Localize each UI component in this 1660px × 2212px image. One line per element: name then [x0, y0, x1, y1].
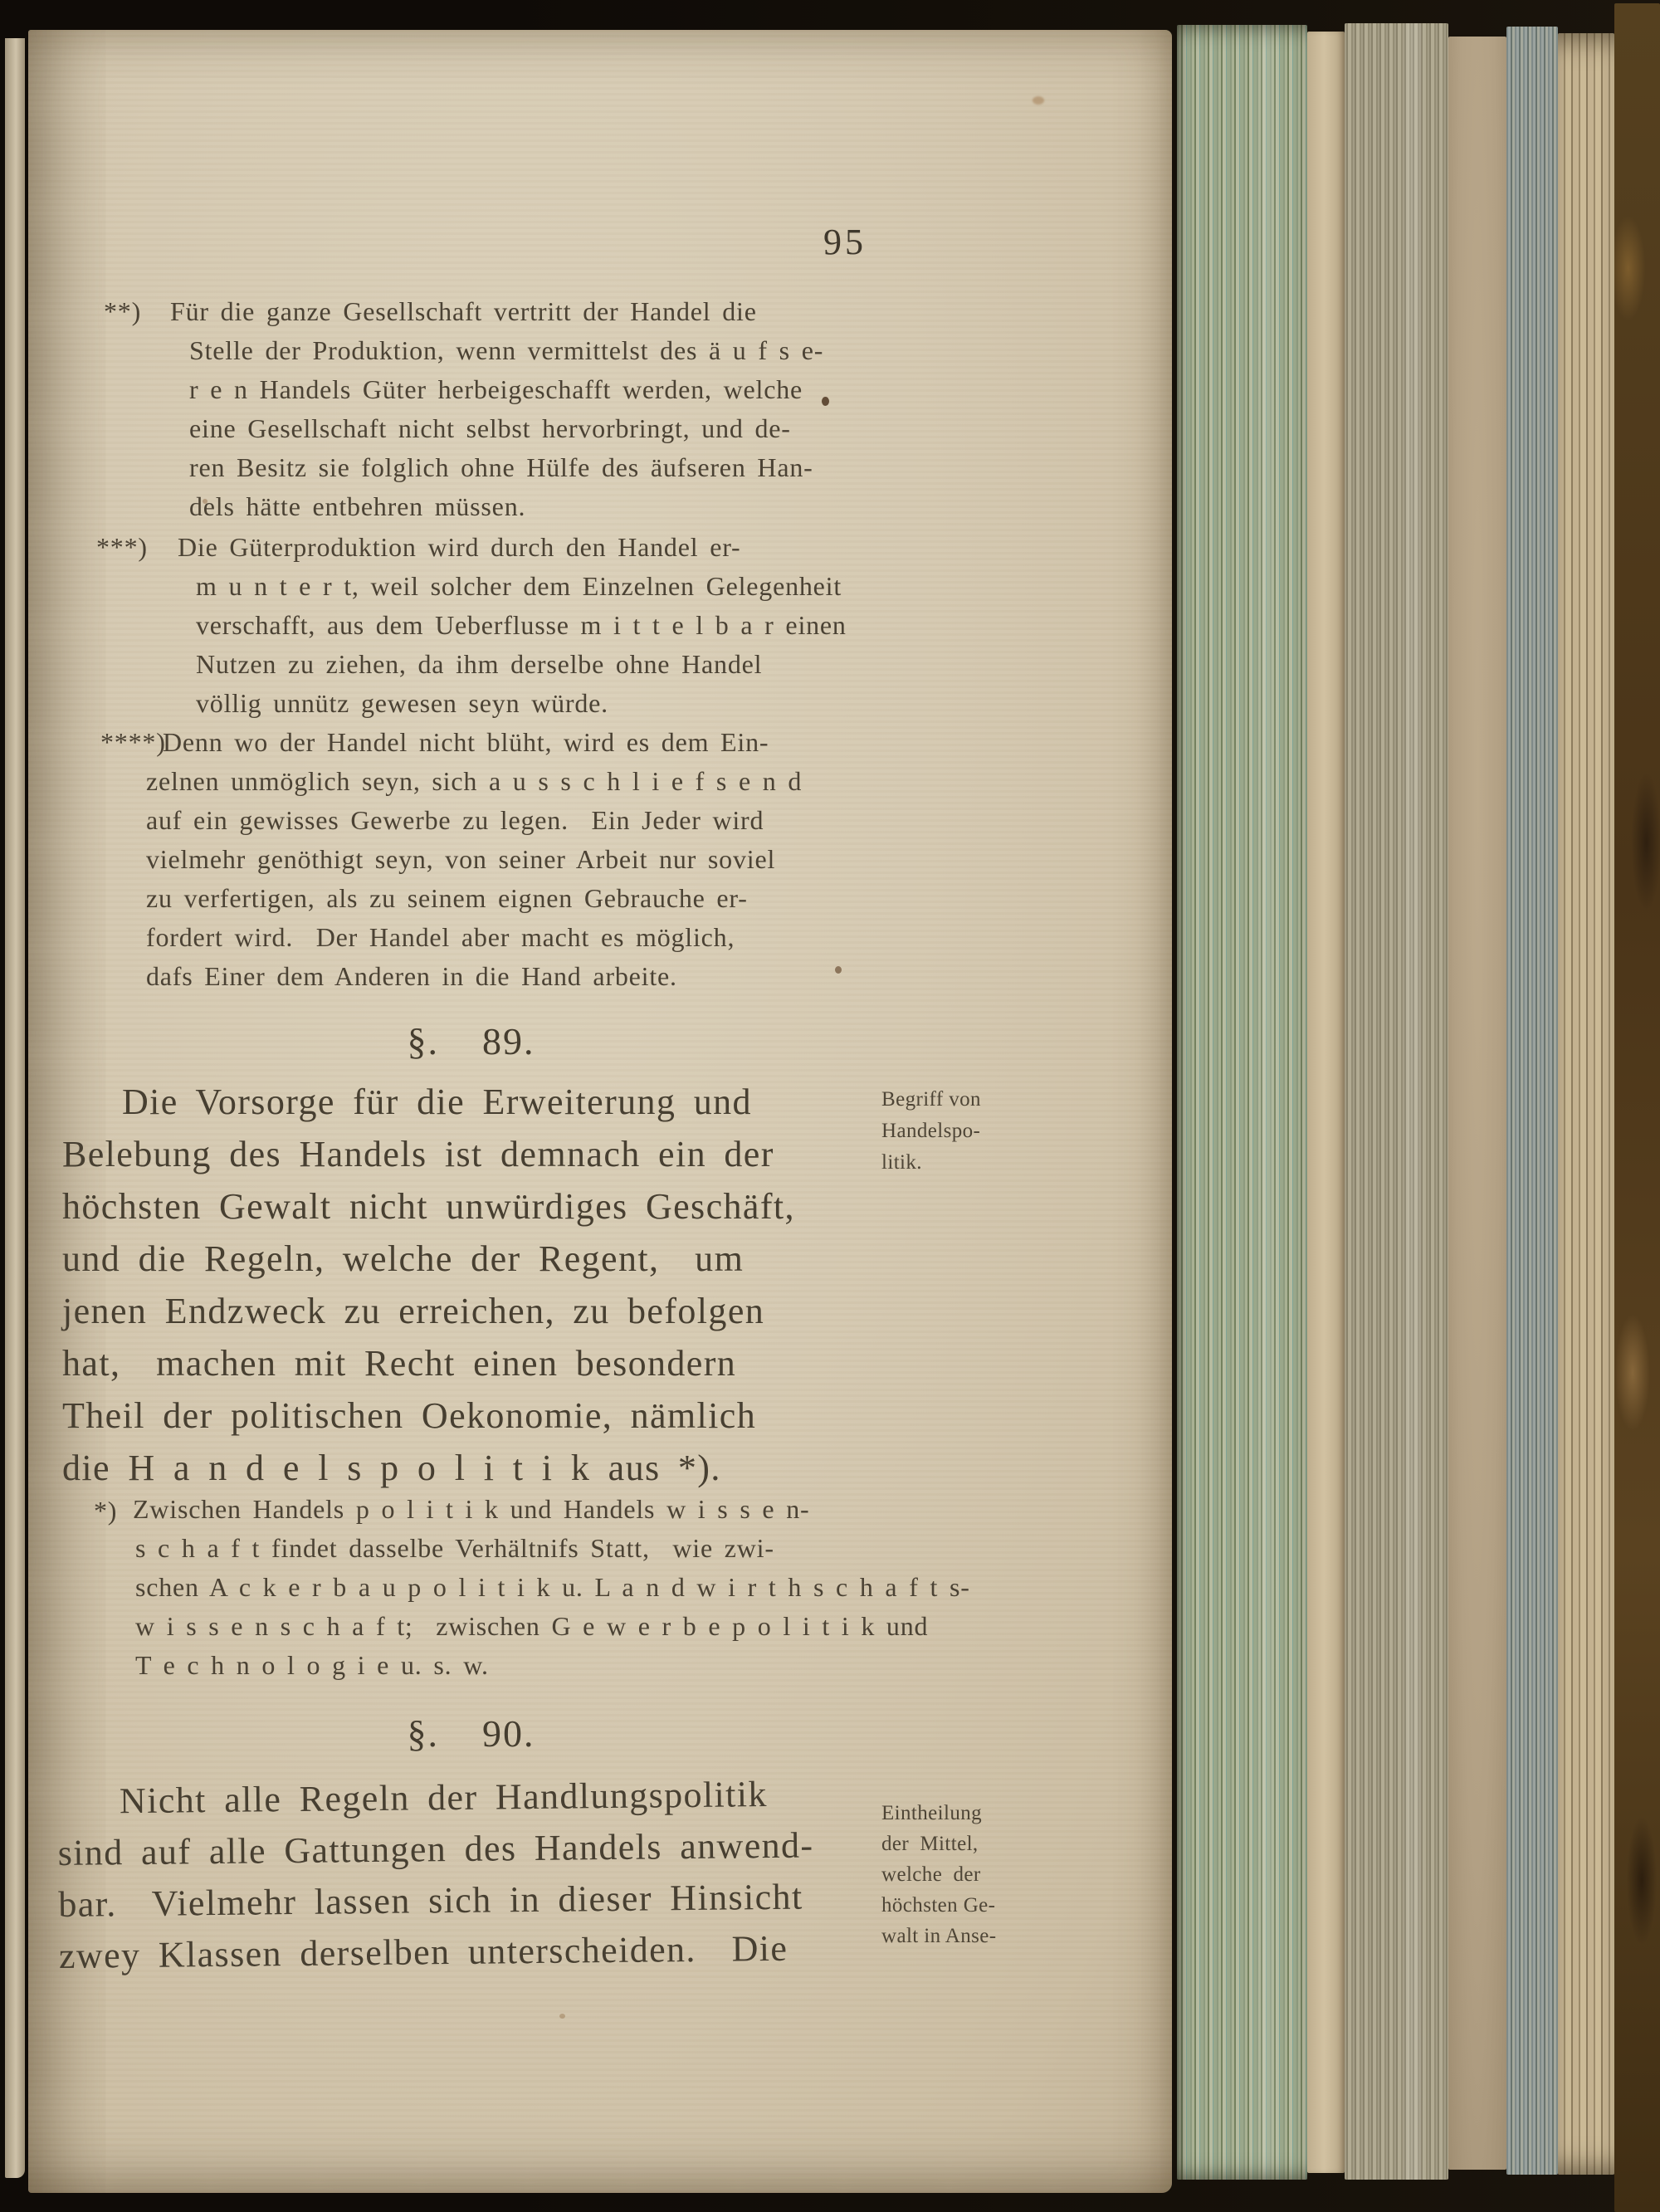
- page-number: 95: [823, 221, 867, 263]
- text-line: Belebung des Handels ist demnach ein der: [62, 1128, 795, 1180]
- text-line: hat, machen mit Recht einen besondern: [62, 1337, 795, 1389]
- text-line: T e c h n o l o g i e u. s. w.: [135, 1646, 970, 1685]
- text-line: Begriff von: [881, 1084, 981, 1116]
- fore-edge-green-leaves: [1177, 25, 1307, 2180]
- paragraph: Nicht alle Regeln der Handlungspolitiksi…: [57, 1768, 815, 1982]
- text-line: zwey Klassen derselben unterscheiden. Di…: [59, 1922, 815, 1982]
- paper-speck: [559, 2014, 565, 2019]
- text-line: verschafft, aus dem Ueberflusse m i t t …: [196, 606, 847, 645]
- text-line: Für die ganze Gesellschaft vertritt der …: [170, 292, 823, 331]
- text-line: Nicht alle Regeln der Handlungspolitik: [120, 1768, 813, 1827]
- text-line: r e n Handels Güter herbeigeschafft werd…: [189, 370, 823, 409]
- text-line: höchsten Gewalt nicht unwürdiges Geschäf…: [62, 1180, 795, 1233]
- fore-edge-cracked-band: [1558, 33, 1614, 2175]
- footnote-block: ***) Die Güterproduktion wird durch den …: [196, 528, 847, 723]
- text-line: s c h a f t findet dasselbe Verhältnifs …: [135, 1529, 970, 1568]
- text-line: die H a n d e l s p o l i t i k aus *).: [62, 1442, 795, 1494]
- text-line: welche der: [881, 1859, 997, 1890]
- text-line: eine Gesellschaft nicht selbst hervorbri…: [189, 409, 823, 448]
- text-line: jenen Endzweck zu erreichen, zu befolgen: [62, 1285, 795, 1337]
- fore-edge-gray-leaves: [1345, 23, 1448, 2180]
- section-mark: §.: [408, 1019, 440, 1063]
- text-line: völlig unnütz gewesen seyn würde.: [196, 684, 847, 723]
- footnote-block: **) Für die ganze Gesellschaft vertritt …: [189, 292, 823, 526]
- text-line: sind auf alle Gattungen des Handels anwe…: [57, 1819, 813, 1879]
- section-number: 90.: [482, 1711, 535, 1755]
- footnote-marker: *): [94, 1492, 117, 1531]
- section-number: 89.: [482, 1019, 535, 1063]
- fore-edge-smooth-band: [1448, 37, 1506, 2170]
- text-line: w i s s e n s c h a f t; zwischen G e w …: [135, 1607, 970, 1646]
- text-line: dels hätte entbehren müssen.: [189, 487, 823, 526]
- text-line: zu verfertigen, als zu seinem eignen Geb…: [146, 879, 802, 918]
- fore-edge-blue-gray-leaves: [1506, 27, 1558, 2175]
- text-line: Nutzen zu ziehen, da ihm derselbe ohne H…: [196, 645, 847, 684]
- text-line: dafs Einer dem Anderen in die Hand arbei…: [146, 957, 802, 996]
- text-line: höchsten Ge-: [881, 1890, 997, 1921]
- text-line: bar. Vielmehr lassen sich in dieser Hins…: [58, 1871, 814, 1931]
- text-line: auf ein gewisses Gewerbe zu legen. Ein J…: [146, 801, 802, 840]
- footnote-marker: ****): [100, 723, 166, 762]
- footnote-block: *) Zwischen Handels p o l i t i k und Ha…: [135, 1490, 970, 1685]
- paragraph: Die Vorsorge für die Erweiterung undBele…: [62, 1076, 795, 1494]
- text-line: fordert wird. Der Handel aber macht es m…: [146, 918, 802, 957]
- paper-speck: [835, 966, 842, 974]
- text-line: vielmehr genöthigt seyn, von seiner Arbe…: [146, 840, 802, 879]
- text-line: Denn wo der Handel nicht blüht, wird es …: [163, 723, 802, 762]
- text-line: der Mittel,: [881, 1829, 997, 1859]
- margin-note: Begriff vonHandelspo-litik.: [881, 1084, 981, 1179]
- text-line: m u n t e r t, weil solcher dem Einzelne…: [196, 567, 847, 606]
- margin-note: Eintheilungder Mittel,welche derhöchsten…: [881, 1798, 997, 1951]
- text-line: Theil der politischen Oekonomie, nämlich: [62, 1389, 795, 1442]
- gutter-page-edge: [5, 38, 25, 2178]
- text-line: litik.: [881, 1147, 981, 1179]
- text-line: zelnen unmöglich seyn, sich a u s s c h …: [146, 762, 802, 801]
- text-line: Stelle der Produktion, wenn vermittelst …: [189, 331, 823, 370]
- section-mark: §.: [408, 1711, 440, 1755]
- text-line: Handelspo-: [881, 1116, 981, 1147]
- footnote-marker: ***): [96, 528, 148, 567]
- book-scan: 95 **) Für die ganze Gesellschaft vertri…: [0, 0, 1660, 2212]
- text-line: und die Regeln, welche der Regent, um: [62, 1233, 795, 1285]
- footnote-marker: **): [104, 292, 141, 331]
- section-heading: §. 90.: [62, 1711, 880, 1755]
- section-heading: §. 89.: [62, 1019, 880, 1063]
- fore-edge-tan-band: [1307, 32, 1345, 2173]
- text-line: schen A c k e r b a u p o l i t i k u. L…: [135, 1568, 970, 1607]
- text-line: Die Vorsorge für die Erweiterung und: [122, 1076, 795, 1128]
- text-line: Zwischen Handels p o l i t i k und Hande…: [133, 1490, 970, 1529]
- text-line: Eintheilung: [881, 1798, 997, 1829]
- paper-speck: [1033, 96, 1044, 105]
- footnote-block: ****) Denn wo der Handel nicht blüht, wi…: [146, 723, 802, 996]
- text-line: Die Güterproduktion wird durch den Hande…: [178, 528, 847, 567]
- text-line: walt in Anse-: [881, 1921, 997, 1951]
- text-line: ren Besitz sie folglich ohne Hülfe des ä…: [189, 448, 823, 487]
- book-cover-marbled-edge: [1614, 3, 1660, 2212]
